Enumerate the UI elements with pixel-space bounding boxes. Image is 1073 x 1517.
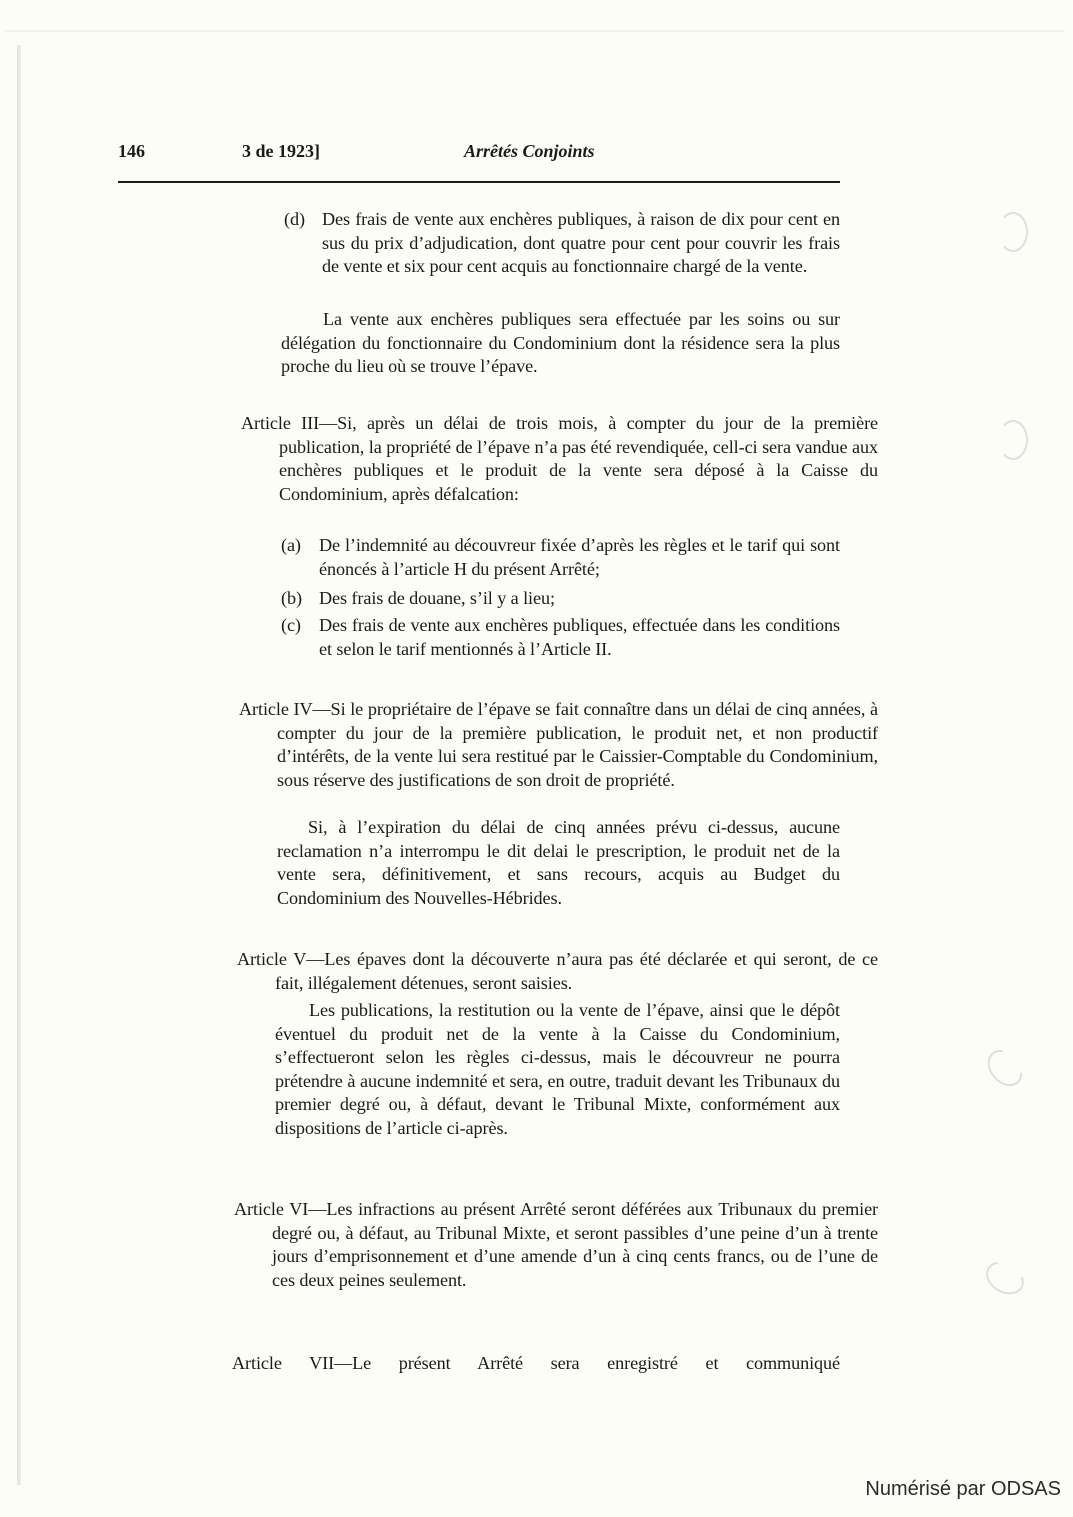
item-text: Des frais de douane, s’il y a lieu; — [319, 587, 840, 611]
punch-hole-icon — [980, 1255, 1030, 1301]
paragraph-article-iv: Si, à l’expiration du délai de cinq anné… — [277, 816, 840, 910]
punch-hole-icon — [998, 212, 1028, 252]
item-text: Des frais de vente aux enchères publique… — [319, 614, 840, 661]
item-text: Des frais de vente aux enchères publique… — [322, 208, 840, 279]
article-vi: Article VI—Les infractions au présent Ar… — [234, 1198, 878, 1292]
page-top-edge — [5, 30, 1065, 32]
item-marker: (c) — [281, 614, 319, 661]
article-v: Article V—Les épaves dont la découverte … — [237, 948, 878, 995]
page-number: 146 — [118, 141, 145, 162]
item-marker: (d) — [284, 208, 322, 279]
list-item-b: (b) Des frais de douane, s’il y a lieu; — [281, 587, 840, 611]
page-binding-edge — [17, 45, 21, 1485]
running-header: 146 3 de 1923] Arrêtés Conjoints — [118, 141, 840, 167]
list-item-a: (a) De l’indemnité au découvreur fixée d… — [281, 534, 840, 581]
paragraph-article-v: Les publications, la restitution ou la v… — [275, 999, 840, 1140]
item-marker: (a) — [281, 534, 319, 581]
item-text: De l’indemnité au découvreur fixée d’apr… — [319, 534, 840, 581]
list-item-c: (c) Des frais de vente aux enchères publ… — [281, 614, 840, 661]
list-item-d: (d) Des frais de vente aux enchères publ… — [284, 208, 840, 279]
article-vii: Article VII—Le présent Arrêté sera enreg… — [232, 1352, 840, 1376]
digitization-watermark: Numérisé par ODSAS — [865, 1478, 1061, 1501]
paragraph-vente: La vente aux enchères publiques sera eff… — [281, 308, 840, 379]
punch-hole-icon — [981, 1043, 1030, 1093]
header-rule — [118, 181, 840, 183]
year-reference: 3 de 1923] — [242, 141, 320, 162]
punch-hole-icon — [998, 420, 1028, 460]
item-marker: (b) — [281, 587, 319, 611]
scanned-page: 146 3 de 1923] Arrêtés Conjoints (d) Des… — [0, 0, 1073, 1517]
running-title: Arrêtés Conjoints — [464, 141, 595, 162]
article-iv: Article IV—Si le propriétaire de l’épave… — [239, 698, 878, 792]
article-iii: Article III—Si, après un délai de trois … — [241, 412, 878, 506]
